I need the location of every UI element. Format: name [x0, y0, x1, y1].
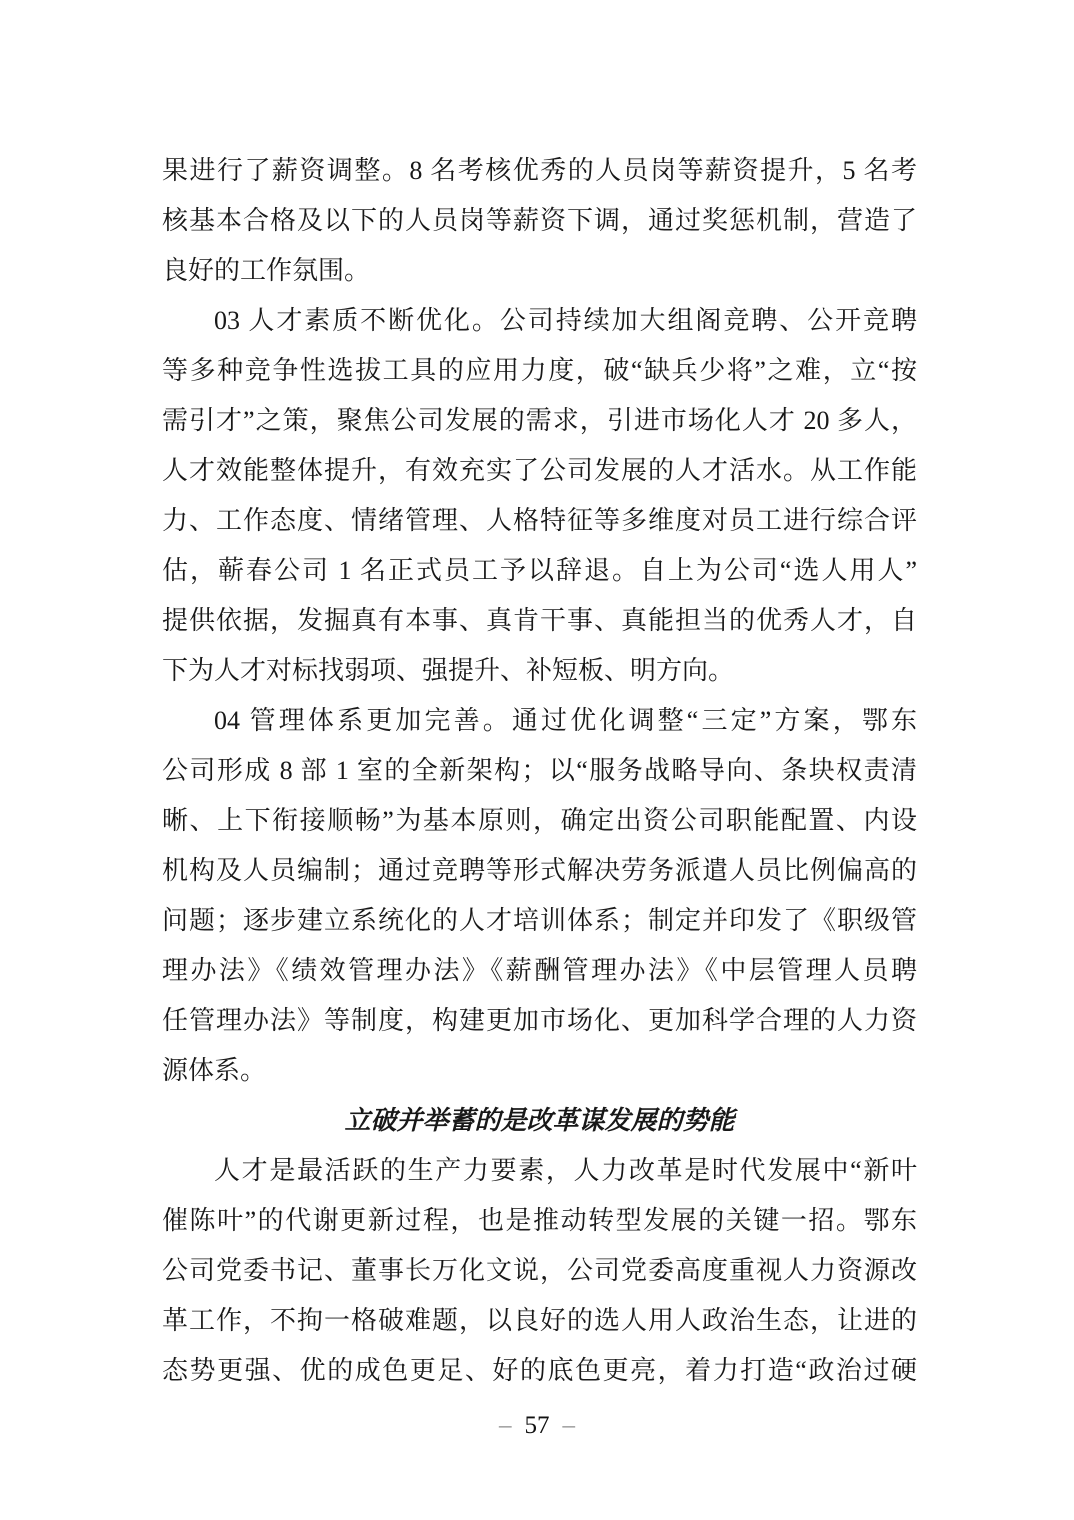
text-line: 果进行了薪资调整。8 名考核优秀的人员岗等薪资提升，5 名考 — [162, 146, 917, 196]
text-line: 下为人才对标找弱项、强提升、补短板、明方向。 — [162, 646, 917, 696]
section-heading: 立破并举蓄的是改革谋发展的势能 — [162, 1096, 917, 1146]
text-line: 公司党委书记、董事长万化文说，公司党委高度重视人力资源改 — [162, 1246, 917, 1296]
text-line: 问题；逐步建立系统化的人才培训体系；制定并印发了《职级管 — [162, 896, 917, 946]
text-line: 良好的工作氛围。 — [162, 246, 917, 296]
text-line: 机构及人员编制；通过竞聘等形式解决劳务派遣人员比例偏高的 — [162, 846, 917, 896]
text-line: 需引才”之策，聚焦公司发展的需求，引进市场化人才 20 多人， — [162, 396, 917, 446]
footer-dash-left: – — [499, 1412, 512, 1439]
text-line: 态势更强、优的成色更足、好的底色更亮，着力打造“政治过硬 — [162, 1346, 917, 1396]
text-line: 任管理办法》等制度，构建更加市场化、更加科学合理的人力资 — [162, 996, 917, 1046]
text-line: 03 人才素质不断优化。公司持续加大组阁竞聘、公开竞聘 — [162, 296, 917, 346]
text-line: 催陈叶”的代谢更新过程，也是推动转型发展的关键一招。鄂东 — [162, 1196, 917, 1246]
text-line: 提供依据，发掘真有本事、真肯干事、真能担当的优秀人才，自 — [162, 596, 917, 646]
text-line: 04 管理体系更加完善。通过优化调整“三定”方案，鄂东 — [162, 696, 917, 746]
text-line: 人才是最活跃的生产力要素，人力改革是时代发展中“新叶 — [162, 1146, 917, 1196]
text-line: 力、工作态度、情绪管理、人格特征等多维度对员工进行综合评 — [162, 496, 917, 546]
text-line: 革工作，不拘一格破难题，以良好的选人用人政治生态，让进的 — [162, 1296, 917, 1346]
text-line: 等多种竞争性选拔工具的应用力度，破“缺兵少将”之难，立“按 — [162, 346, 917, 396]
text-line: 估，蕲春公司 1 名正式员工予以辞退。自上为公司“选人用人” — [162, 546, 917, 596]
text-line: 核基本合格及以下的人员岗等薪资下调，通过奖惩机制，营造了 — [162, 196, 917, 246]
text-line: 人才效能整体提升，有效充实了公司发展的人才活水。从工作能 — [162, 446, 917, 496]
page-footer: –57– — [0, 1406, 1074, 1446]
footer-dash-right: – — [563, 1412, 576, 1439]
page-number: 57 — [525, 1412, 550, 1439]
text-line: 公司形成 8 部 1 室的全新架构；以“服务战略导向、条块权责清 — [162, 746, 917, 796]
text-line: 理办法》《绩效管理办法》《薪酬管理办法》《中层管理人员聘 — [162, 946, 917, 996]
page-body: 果进行了薪资调整。8 名考核优秀的人员岗等薪资提升，5 名考 核基本合格及以下的… — [162, 146, 917, 1396]
document-page: 果进行了薪资调整。8 名考核优秀的人员岗等薪资提升，5 名考 核基本合格及以下的… — [0, 0, 1074, 1520]
text-line: 晰、上下衔接顺畅”为基本原则，确定出资公司职能配置、内设 — [162, 796, 917, 846]
text-line: 源体系。 — [162, 1046, 917, 1096]
